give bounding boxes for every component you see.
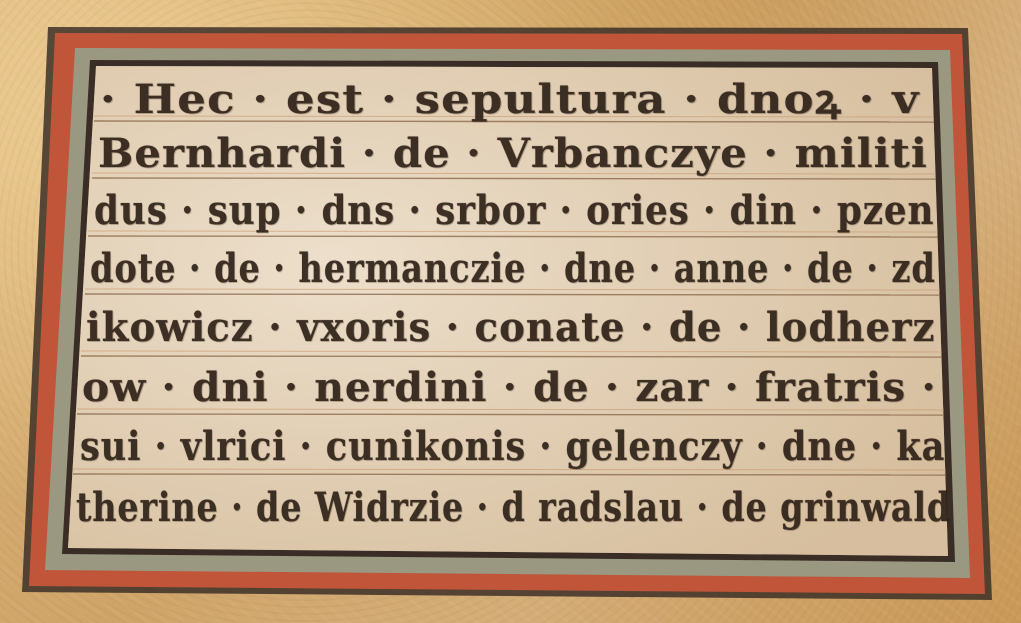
inscription-line-4: dote · de · hermanczie · dne · anne · de… — [90, 239, 935, 297]
inscription-line-5: ikowicz · vxoris · conate · de · lodherz — [86, 298, 936, 356]
inscription-line-3: dus · sup · dns · srbor · ories · din · … — [94, 181, 934, 239]
inscription-line-2: Bernhardi · de · Vrbanczye · militi — [98, 124, 928, 182]
inscription-line-7: sui · vlrici · cunikonis · gelenczy · dn… — [80, 417, 945, 475]
inscription-line-6: ow · dni · nerdini · de · zar · fratris … — [82, 358, 937, 416]
inscription-line-1: · Hec · est · sepultura · dnoꝝ · v — [100, 68, 920, 126]
inscription-line-8: therine · de Widrzie · d radslau · de gr… — [76, 478, 951, 536]
